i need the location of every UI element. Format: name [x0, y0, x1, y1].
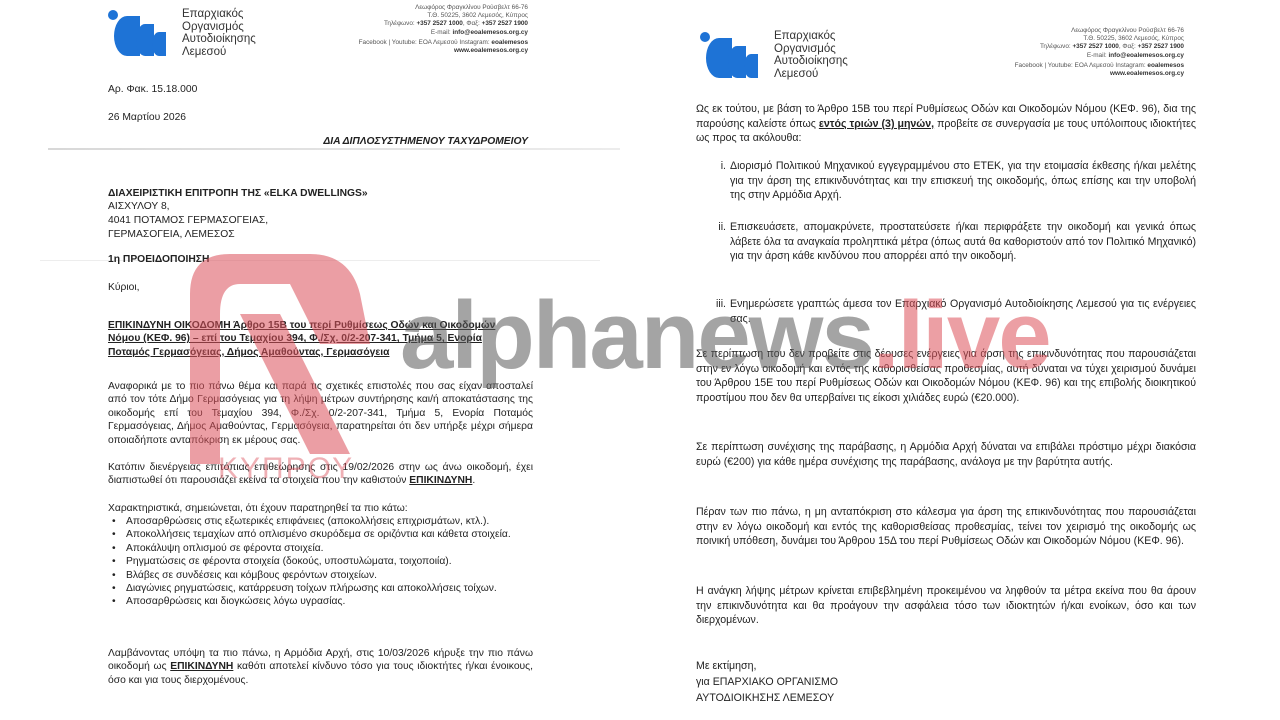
- paragraph-declaration: Λαμβάνοντας υπόψη τα πιο πάνω, η Αρμόδια…: [108, 647, 533, 687]
- action-item: iii. Ενημερώσετε γραπτώς άμεσα τον Επαρχ…: [730, 297, 1196, 326]
- letter-page-2: Επαρχιακός Οργανισμός Αυτοδιοίκησης Λεμε…: [620, 0, 1280, 720]
- finding-item: Ρηγματώσεις σε φέροντα στοιχεία (δοκούς,…: [126, 555, 533, 568]
- finding-item: Βλάβες σε συνδέσεις και κόμβους φερόντων…: [126, 569, 533, 582]
- paragraph-daily-penalty: Σε περίπτωση συνέχισης της παράβασης, η …: [696, 440, 1196, 469]
- finding-item: Αποσαρθρώσεις και διογκώσεις λόγω υγρασί…: [126, 595, 533, 608]
- danger-emphasis: ΕΠΙΚΙΝΔΥΝΗ: [409, 475, 472, 486]
- paragraph-criminal: Πέραν των πιο πάνω, η μη ανταπόκριση στο…: [696, 505, 1196, 549]
- org-contact-block: Λεωφόρος Φραγκλίνου Ρούσβελτ 66-76 Τ.Θ. …: [359, 4, 528, 55]
- findings-intro: Χαρακτηριστικά, σημειώνεται, ότι έχουν π…: [108, 502, 533, 515]
- org-logo: Επαρχιακός Οργανισμός Αυτοδιοίκησης Λεμε…: [108, 8, 256, 58]
- finding-item: Αποκάλυψη οπλισμού σε φέροντα στοιχεία.: [126, 542, 533, 555]
- findings-list: Αποσαρθρώσεις στις εξωτερικές επιφάνειες…: [108, 515, 533, 609]
- org-name: Επαρχιακός Οργανισμός Αυτοδιοίκησης Λεμε…: [182, 8, 256, 58]
- action-item: i. Διορισμό Πολιτικού Μηχανικού εγγεγραμ…: [730, 159, 1196, 203]
- paragraph-necessity: Η ανάγκη λήψης μέτρων κρίνεται επιβεβλημ…: [696, 584, 1196, 628]
- recipient-name: ΔΙΑΧΕΙΡΙΣΤΙΚΗ ΕΠΙΤΡΟΠΗ ΤΗΣ «ELKA DWELLIN…: [108, 187, 368, 200]
- action-item: ii. Επισκευάσετε, απομακρύνετε, προστατε…: [730, 220, 1196, 264]
- paragraph-instructions: Ως εκ τούτου, με βάση το Άρθρο 15Β του π…: [696, 102, 1196, 146]
- org-logo-mark-icon: [700, 30, 770, 80]
- org-logo: Επαρχιακός Οργανισμός Αυτοδιοίκησης Λεμε…: [700, 30, 848, 80]
- delivery-method: ΔΙΑ ΔΙΠΛΟΣΥΣΤΗΜΕΝΟΥ ΤΑΧΥΔΡΟΜΕΙΟΥ: [323, 135, 528, 148]
- letter-subject: ΕΠΙΚΙΝΔΥΝΗ ΟΙΚΟΔΟΜΗ Άρθρο 15Β του περί Ρ…: [108, 319, 518, 359]
- paragraph-fine: Σε περίπτωση που δεν προβείτε στις δέουσ…: [696, 347, 1196, 405]
- org-logo-mark-icon: [108, 8, 178, 58]
- finding-item: Αποκολλήσεις τεμαχίων από οπλισμένο σκυρ…: [126, 528, 533, 541]
- org-contact-block: Λεωφόρος Φραγκλίνου Ρούσβελτ 66-76 Τ.Θ. …: [1015, 27, 1184, 78]
- deadline-emphasis: εντός τριών (3) μηνών,: [819, 118, 934, 130]
- letter-date: 26 Μαρτίου 2026: [108, 111, 186, 124]
- recipient-address-2: 4041 ΠΟΤΑΜΟΣ ΓΕΡΜΑΣΟΓΕΙΑΣ,: [108, 214, 268, 227]
- recipient-address-1: ΑΙΣΧΥΛΟΥ 8,: [108, 200, 170, 213]
- recipient-address-3: ΓΕΡΜΑΣΟΓΕΙΑ, ΛΕΜΕΣΟΣ: [108, 228, 235, 241]
- notice-number: 1η ΠΡΟΕΙΔΟΠΟΙΗΣΗ: [108, 253, 209, 266]
- closing: Με εκτίμηση,: [696, 659, 756, 674]
- signature-line-2: ΑΥΤΟΔΙΟΙΚΗΣΗΣ ΛΕΜΕΣΟΥ: [696, 691, 834, 706]
- salutation: Κύριοι,: [108, 281, 140, 294]
- finding-item: Διαγώνιες ρηγματώσεις, κατάρρευση τοίχων…: [126, 582, 533, 595]
- signature-line-1: για ΕΠΑΡΧΙΑΚΟ ΟΡΓΑΝΙΣΜΟ: [696, 675, 838, 690]
- paragraph-background: Αναφορικά με το πιο πάνω θέμα και παρά τ…: [108, 380, 533, 447]
- org-name: Επαρχιακός Οργανισμός Αυτοδιοίκησης Λεμε…: [774, 30, 848, 80]
- finding-item: Αποσαρθρώσεις στις εξωτερικές επιφάνειες…: [126, 515, 533, 528]
- letter-page-1: Επαρχιακός Οργανισμός Αυτοδιοίκησης Λεμε…: [0, 0, 620, 720]
- paragraph-inspection: Κατόπιν διενέργειας επιτόπιας επιθεώρηση…: [108, 461, 533, 488]
- file-reference: Αρ. Φακ. 15.18.000: [108, 83, 197, 96]
- danger-emphasis: ΕΠΙΚΙΝΔΥΝΗ: [170, 661, 233, 672]
